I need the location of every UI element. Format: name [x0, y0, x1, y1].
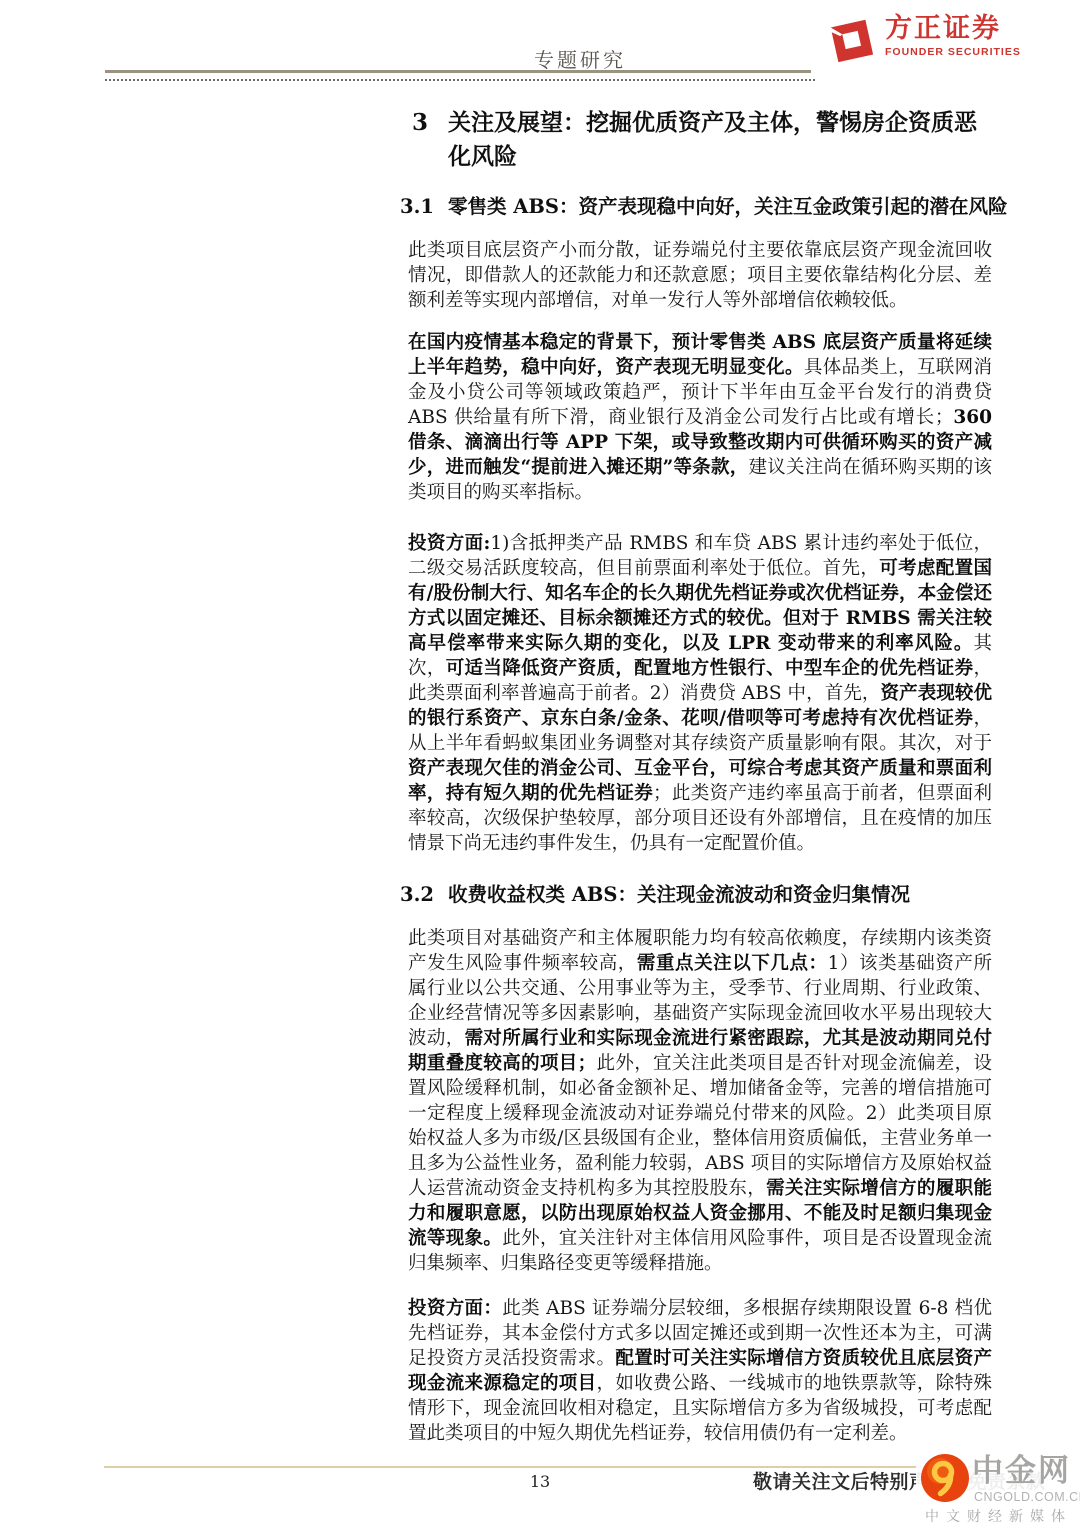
para-retail-overview: 此类项目底层资产小而分散，证券端兑付主要依靠底层资产现金流回收情况，即借款人的还… — [400, 238, 992, 313]
heading-3.2: 3.2收费收益权类 ABS：关注现金流波动和资金归集情况 — [400, 882, 992, 908]
heading-3: 3关注及展望：挖掘优质资产及主体，警惕房企资质恶化风险 — [400, 106, 992, 174]
heading-3.1: 3.1零售类 ABS：资产表现稳中向好，关注互金政策引起的潜在风险 — [400, 194, 992, 220]
watermark-domain: CNGOLD.COM.CN — [974, 1490, 1080, 1504]
brand-name-cn: 方正证券 — [885, 13, 1021, 43]
para-fee-overview: 此类项目对基础资产和主体履职能力均有较高依赖度，存续期内该类资产发生风险事件频率… — [400, 926, 992, 1276]
founder-securities-logo: 方正证券 FOUNDER SECURITIES — [822, 13, 1021, 71]
heading-text: 零售类 ABS：资产表现稳中向好，关注互金政策引起的潜在风险 — [448, 194, 1007, 220]
emphasis-text: 投资方面： — [408, 1298, 502, 1319]
watermark-tagline: 中文财经新媒体 — [925, 1506, 1072, 1526]
header-rule-dotted — [105, 79, 815, 81]
heading-text: 收费收益权类 ABS：关注现金流波动和资金归集情况 — [448, 882, 910, 908]
document-body: 3关注及展望：挖掘优质资产及主体，警惕房企资质恶化风险3.1零售类 ABS：资产… — [400, 106, 992, 1463]
brand-name-en: FOUNDER SECURITIES — [885, 46, 1021, 58]
heading-number: 3.2 — [400, 882, 448, 908]
report-category-label: 专题研究 — [534, 44, 626, 73]
heading-text: 关注及展望：挖掘优质资产及主体，警惕房企资质恶化风险 — [448, 106, 992, 174]
page-number: 13 — [500, 1472, 580, 1491]
emphasis-text: 投资方面: — [408, 533, 490, 554]
report-page: 专题研究 方正证券 FOUNDER SECURITIES 3关注及展望：挖掘优质… — [0, 0, 1080, 1527]
brand-text: 方正证券 FOUNDER SECURITIES — [885, 13, 1021, 58]
header-rule-solid — [105, 70, 811, 73]
heading-number: 3 — [400, 106, 448, 174]
emphasis-text: 可适当降低资产资质，配置地方性银行、中型车企的优先档证券 — [446, 658, 974, 679]
watermark-name: 中金网 — [972, 1454, 1071, 1488]
para-fee-investment: 投资方面：此类 ABS 证券端分层较细，多根据存续期限设置 6-8 档优先档证券… — [400, 1296, 992, 1446]
emphasis-text: 需重点关注以下几点： — [637, 953, 828, 974]
cngold-logo-icon — [921, 1454, 969, 1502]
heading-number: 3.1 — [400, 194, 448, 220]
para-retail-investment: 投资方面:1)含抵押类产品 RMBS 和车贷 ABS 累计违约率处于低位，二级交… — [400, 531, 992, 856]
para-retail-outlook: 在国内疫情基本稳定的背景下，预计零售类 ABS 底层资产质量将延续上半年趋势，稳… — [400, 330, 992, 505]
cngold-watermark: 中金网 CNGOLD.COM.CN 中文财经新媒体 — [916, 1448, 1080, 1527]
body-text: 此类项目底层资产小而分散，证券端兑付主要依靠底层资产现金流回收情况，即借款人的还… — [408, 240, 992, 311]
founder-logo-icon — [822, 13, 876, 71]
